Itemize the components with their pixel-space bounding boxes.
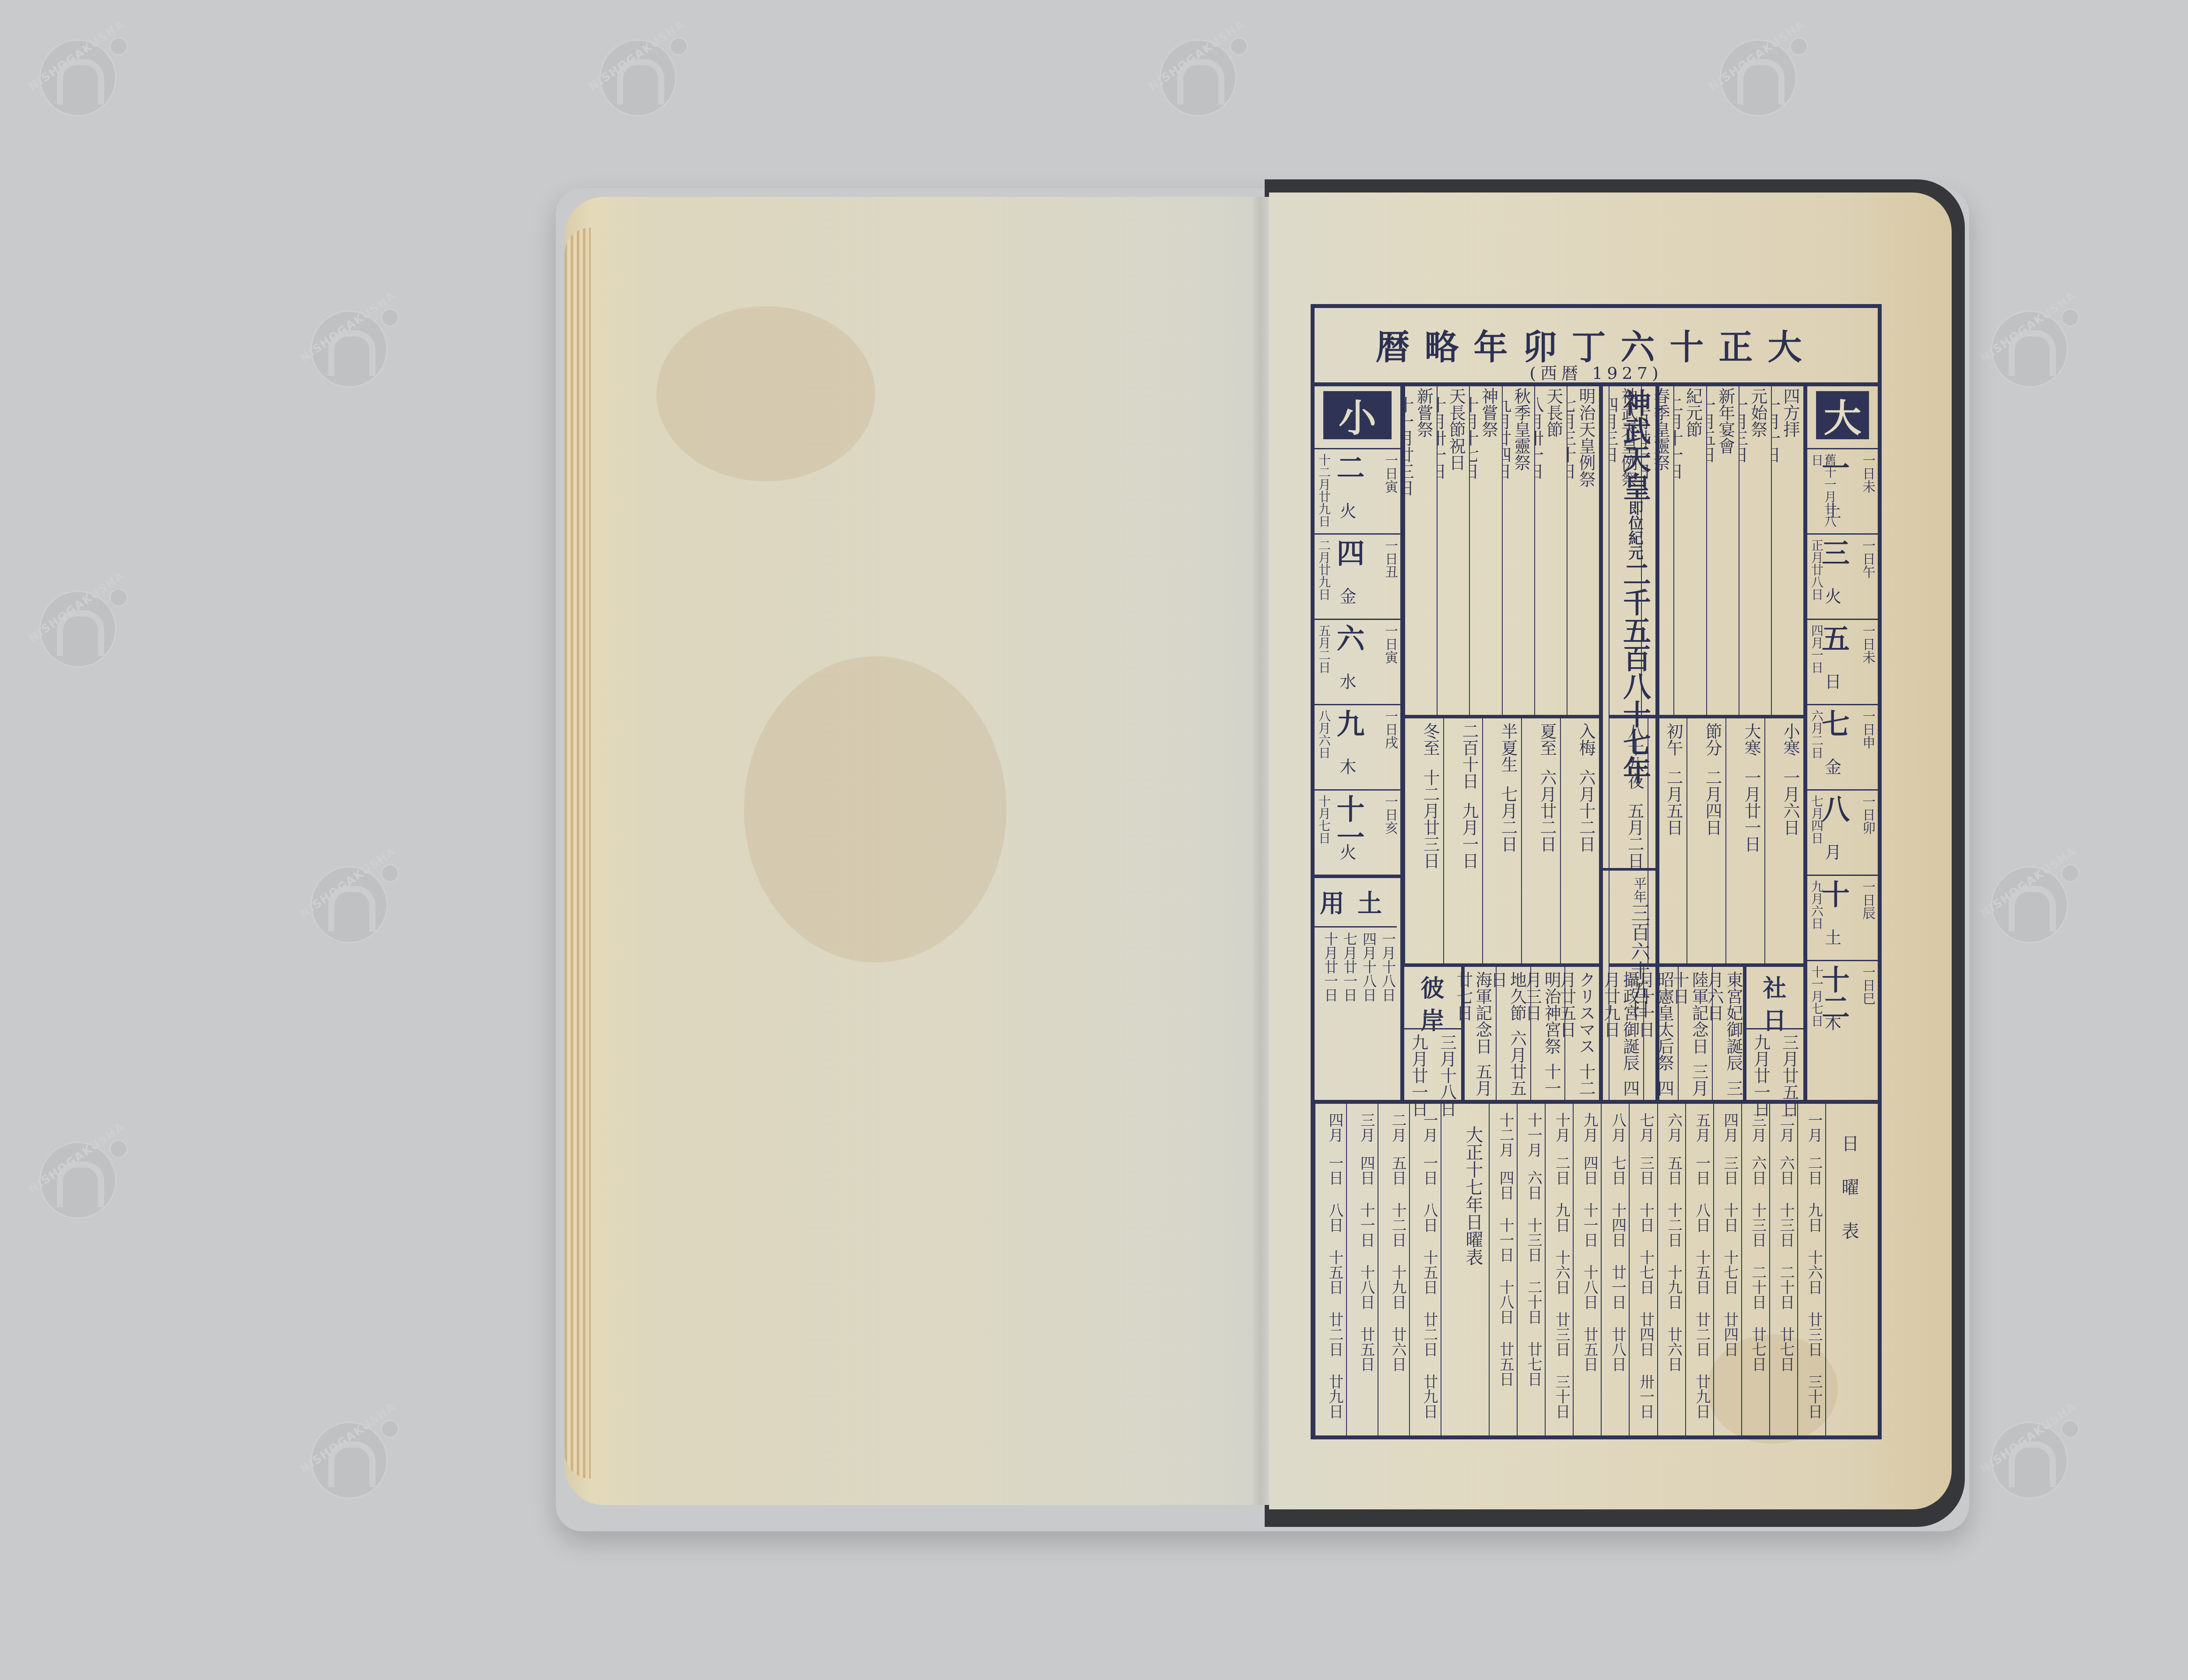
commemoration-cell: クリスマス十二月廿五日 <box>1564 967 1599 1100</box>
sunday-days: 六日 十三日 二十日 廿七日 <box>1777 1155 1795 1372</box>
holiday-name: 天長節 <box>1544 388 1563 715</box>
watermark-logo-icon: NISHOGAKUSHA <box>26 17 131 122</box>
holiday-name: 元始祭 <box>1748 388 1767 715</box>
commemoration-name: 東宮妃御誕辰 <box>1724 971 1743 1071</box>
sunday-month: 七月 <box>1637 1113 1655 1142</box>
next-year-sunday-row: 二月五日 十二日 十九日 廿六日 <box>1378 1104 1409 1435</box>
page-block-edge <box>565 227 591 1479</box>
month-weekday: 木 <box>1825 1009 1841 1033</box>
month-old-calendar: 七月四日 <box>1810 795 1823 844</box>
sunday-days: 一日 八日 十五日 廿二日 廿九日 <box>1693 1155 1711 1419</box>
section-divider <box>1404 715 1599 718</box>
month-cell: 一日卯八月七月四日 <box>1807 789 1878 876</box>
sunday-month: 九月 <box>1581 1113 1598 1142</box>
seasonal-name: 小寒 <box>1781 723 1800 756</box>
watermark-logo-icon: NISHOGAKUSHA <box>586 17 691 122</box>
seasonal-cell: 二百十日九月一日 <box>1443 718 1482 963</box>
paper-stain <box>744 656 1006 962</box>
logo-dot <box>670 37 688 56</box>
seasonal-cell: 大寒一月廿一日 <box>1725 718 1764 963</box>
month-old-calendar: 十月七日 <box>1317 795 1330 844</box>
month-old-calendar: 四月一日 <box>1810 624 1823 673</box>
logo-dot <box>109 588 128 607</box>
watermark-logo-icon: NISHOGAKUSHA <box>1978 1400 2083 1505</box>
sunday-month: 十一月 <box>1525 1113 1542 1157</box>
sunday-table: 日曜表一月二日 九日 十六日 廿三日 三十日二月六日 十三日 二十日 廿七日三月… <box>1315 1100 1878 1435</box>
seasonal-date: 一月廿一日 <box>1742 769 1761 852</box>
seasonal-name: 初午 <box>1664 723 1683 756</box>
sunday-table-title: 日曜表 <box>1825 1104 1878 1435</box>
sunday-days: 六日 十三日 二十日 廿七日 <box>1525 1170 1542 1386</box>
holiday-date: 一月三日 <box>1739 396 1748 463</box>
left-holidays-block: 明治天皇例祭七月三十日天長節八月卅一日秋季皇靈祭九月廿四日神嘗祭十月十七日天長節… <box>1404 382 1599 1100</box>
month-old-calendar: 九月六日 <box>1810 880 1823 929</box>
seasonal-cell: 冬至十二月廿三日 <box>1404 718 1443 963</box>
month-number: 六 <box>1331 625 1371 653</box>
special-day-block: 社日三月廿五日九月廿一日 <box>1743 967 1803 1100</box>
month-number: 四 <box>1331 540 1371 568</box>
seasonal-date: 二月五日 <box>1664 769 1683 836</box>
month-first-day: 一日寅 <box>1383 454 1397 493</box>
holiday-cell: 元始祭一月三日 <box>1739 382 1771 715</box>
seasonal-cell: 小寒一月六日 <box>1764 718 1803 963</box>
holiday-cell: 四方拝一月一日 <box>1771 382 1803 715</box>
seasonal-cell: 夏至六月廿二日 <box>1521 718 1560 963</box>
sunday-month: 三月 <box>1749 1113 1767 1142</box>
month-old-calendar: 正月廿八日 <box>1810 539 1823 600</box>
month-weekday: 水 <box>1340 668 1357 692</box>
era-column: 神武天皇即位紀元二千五百八十七年 平年三百六十五日 <box>1599 382 1659 1100</box>
month-weekday: 金 <box>1340 583 1357 607</box>
logo-dot <box>1790 37 1808 56</box>
month-first-day: 一日戌 <box>1383 710 1397 749</box>
logo-dot <box>381 1420 399 1438</box>
month-weekday: 火 <box>1340 497 1357 521</box>
sunday-row: 六月五日 十二日 十九日 廿六日 <box>1657 1104 1685 1435</box>
month-first-day: 一日卯 <box>1860 795 1874 834</box>
sunday-days: 一日 八日 十五日 廿二日 廿九日 <box>1326 1155 1343 1419</box>
logo-dot <box>109 37 128 56</box>
holiday-name: 神嘗祭 <box>1479 388 1498 715</box>
seasonal-date: 十二月廿三日 <box>1420 769 1440 869</box>
sunday-month: 八月 <box>1609 1113 1626 1142</box>
sunday-days: 五日 十二日 十九日 廿六日 <box>1665 1155 1683 1372</box>
seasonal-name: 半夏生 <box>1498 723 1518 773</box>
holiday-cell: 新嘗祭十一月廿三日 <box>1404 382 1437 715</box>
sunday-month: 一月 <box>1805 1113 1823 1142</box>
next-year-sunday-row: 一月一日 八日 十五日 廿二日 廿九日 <box>1409 1104 1441 1435</box>
month-cell: 一日丑四金二月廿九日 <box>1315 533 1400 620</box>
holiday-name: 四方拝 <box>1781 388 1800 715</box>
seasonal-name: 入梅 <box>1576 723 1595 756</box>
seasonal-date: 七月二日 <box>1498 786 1518 852</box>
doyo-section: 土用一月十八日四月十八日七月廿一日十月廿一日 <box>1315 875 1400 1100</box>
holiday-date: 八月卅一日 <box>1534 396 1544 479</box>
logo-dot <box>381 864 399 882</box>
month-weekday: 火 <box>1340 839 1357 863</box>
era-year-value: 二千五百八十七年 <box>1618 560 1651 784</box>
next-year-sunday-title: 大正十七年日曜表 <box>1441 1104 1489 1435</box>
holiday-name: 明治天皇例祭 <box>1576 388 1595 715</box>
holiday-date: 十一月廿三日 <box>1404 396 1414 496</box>
holiday-date: 一月五日 <box>1706 396 1716 463</box>
sunday-row: 二月六日 十三日 二十日 廿七日 <box>1769 1104 1797 1435</box>
month-cell: 一日午三火正月廿八日 <box>1807 533 1878 620</box>
holiday-date: 二月十一日 <box>1673 396 1683 479</box>
short-months-column: 小 一日寅二火十二月廿九日一日丑四金二月廿九日一日寅六水五月二日一日戌九木八月六… <box>1315 382 1404 1100</box>
sunday-month: 二月 <box>1389 1113 1406 1142</box>
holiday-cell: 天長節祝日十月卅一日 <box>1437 382 1469 715</box>
sunday-month: 一月 <box>1420 1113 1438 1142</box>
sunday-month: 五月 <box>1693 1113 1711 1142</box>
doyo-date: 一月十八日 <box>1379 932 1397 1002</box>
sunday-days: 四日 十一日 十八日 廿五日 <box>1357 1155 1375 1372</box>
watermark-logo-icon: NISHOGAKUSHA <box>1147 17 1252 122</box>
section-divider <box>1404 963 1599 967</box>
commemoration-name: クリスマス <box>1576 971 1595 1054</box>
month-first-day: 一日未 <box>1860 624 1874 664</box>
month-cell: 一日亥十一火十月七日 <box>1315 789 1400 876</box>
sunday-month: 六月 <box>1665 1113 1683 1142</box>
seasonal-name: 夏至 <box>1537 723 1557 756</box>
logo-dot <box>109 1140 128 1158</box>
logo-dot <box>2061 1420 2079 1438</box>
sunday-month: 四月 <box>1326 1113 1343 1142</box>
holiday-date: 九月廿四日 <box>1502 396 1511 479</box>
logo-dot <box>2061 864 2079 882</box>
month-number: 二 <box>1331 455 1371 483</box>
holiday-cell: 新年宴會一月五日 <box>1706 382 1739 715</box>
month-first-day: 一日丑 <box>1383 539 1397 578</box>
sunday-days: 三日 十日 十七日 廿四日 卅一日 <box>1637 1155 1655 1419</box>
month-cell: 一日巳十二木十一月七日 <box>1807 960 1878 1046</box>
month-weekday: 土 <box>1825 924 1841 948</box>
month-old-calendar: 十一月七日 <box>1810 966 1823 1027</box>
holiday-cell: 明治天皇例祭七月三十日 <box>1567 382 1599 715</box>
month-cell: 一日未一土舊十一月廿八日 <box>1807 448 1878 535</box>
calendar-header: 大正十六丁卯年略暦 (西暦 1927) <box>1315 308 1878 386</box>
sunday-month: 十二月 <box>1497 1113 1514 1157</box>
month-old-calendar: 六月二日 <box>1810 710 1823 759</box>
watermark-logo-icon: NISHOGAKUSHA <box>1978 289 2083 394</box>
sunday-row: 一月二日 九日 十六日 廿三日 三十日 <box>1797 1104 1825 1435</box>
calendar-subtitle: (西暦 1927) <box>1315 360 1878 384</box>
sunday-month: 十月 <box>1553 1113 1570 1142</box>
holiday-name: 天長節祝日 <box>1446 388 1466 715</box>
holiday-date: 七月三十日 <box>1567 396 1576 479</box>
seasonal-date: 六月廿二日 <box>1537 769 1557 852</box>
seasonal-name: 二百十日 <box>1459 723 1479 789</box>
month-weekday: 火 <box>1825 583 1841 607</box>
commemoration-cell: 陸軍記念日三月十日 <box>1678 967 1712 1100</box>
month-weekday: 日 <box>1825 668 1841 692</box>
seasonal-name: 大寒 <box>1742 723 1761 756</box>
sunday-row: 九月四日 十一日 十八日 廿五日 <box>1573 1104 1601 1435</box>
days-in-year: 平年三百六十五日 <box>1627 877 1649 1018</box>
sunday-days: 二日 九日 十六日 廿三日 三十日 <box>1805 1155 1823 1419</box>
sunday-row: 十一月六日 十三日 二十日 廿七日 <box>1517 1104 1545 1435</box>
doyo-label: 土用 <box>1315 884 1400 919</box>
month-old-calendar: 十二月廿九日 <box>1317 454 1330 527</box>
sunday-days: 四日 十一日 十八日 廿五日 <box>1497 1170 1514 1386</box>
watermark-logo-icon: NISHOGAKUSHA <box>26 1120 131 1225</box>
holiday-name: 新嘗祭 <box>1414 388 1433 715</box>
month-cell: 一日戌九木八月六日 <box>1315 704 1400 791</box>
month-first-day: 一日寅 <box>1383 624 1397 664</box>
seasonal-cell: 節分二月四日 <box>1687 718 1725 963</box>
sunday-row: 四月三日 十日 十七日 廿四日 <box>1713 1104 1741 1435</box>
sunday-days: 一日 八日 十五日 廿二日 廿九日 <box>1420 1155 1438 1419</box>
month-cell: 一日寅二火十二月廿九日 <box>1315 448 1400 535</box>
sunday-days: 二日 九日 十六日 廿三日 三十日 <box>1553 1155 1570 1419</box>
doyo-date: 七月廿一日 <box>1341 932 1358 1002</box>
month-weekday: 木 <box>1340 753 1357 777</box>
seasonal-date: 六月十二日 <box>1576 769 1595 852</box>
seasonal-date: 九月一日 <box>1459 802 1479 869</box>
watermark-logo-icon: NISHOGAKUSHA <box>1707 17 1812 122</box>
watermark-logo-icon: NISHOGAKUSHA <box>26 569 131 674</box>
era-emperor: 神武天皇 <box>1618 388 1651 500</box>
next-year-sunday-row: 四月一日 八日 十五日 廿二日 廿九日 <box>1315 1104 1346 1435</box>
month-weekday: 金 <box>1825 753 1841 777</box>
month-cell: 一日未五日四月一日 <box>1807 619 1878 705</box>
long-months-column: 大 一日未一土舊十一月廿八日一日午三火正月廿八日一日未五日四月一日一日申七金六月… <box>1803 382 1878 1100</box>
sunday-row: 十月二日 九日 十六日 廿三日 三十日 <box>1545 1104 1573 1435</box>
doyo-dates: 一月十八日四月十八日七月廿一日十月廿一日 <box>1315 926 1397 1002</box>
logo-dot <box>2061 308 2079 327</box>
month-weekday: 月 <box>1825 839 1841 863</box>
sunday-days: 三日 十日 十七日 廿四日 <box>1721 1155 1739 1357</box>
doyo-date: 十月廿一日 <box>1322 932 1339 1002</box>
sunday-month: 四月 <box>1721 1113 1739 1142</box>
seasonal-name: 冬至 <box>1420 723 1440 756</box>
seasonal-name: 節分 <box>1703 723 1722 756</box>
watermark-logo-icon: NISHOGAKUSHA <box>298 844 403 949</box>
month-old-calendar: 八月六日 <box>1317 710 1330 759</box>
sunday-days: 六日 十三日 二十日 廿七日 <box>1749 1155 1767 1372</box>
month-old-calendar: 五月二日 <box>1317 624 1330 673</box>
next-year-sunday-row: 三月四日 十一日 十八日 廿五日 <box>1346 1104 1378 1435</box>
doyo-date: 四月十八日 <box>1360 932 1378 1002</box>
seasonal-date: 二月四日 <box>1703 769 1722 836</box>
holiday-cell: 紀元節二月十一日 <box>1673 382 1706 715</box>
sunday-days: 四日 十一日 十八日 廿五日 <box>1581 1155 1598 1372</box>
seasonal-date: 一月六日 <box>1781 769 1800 836</box>
long-month-badge: 大 <box>1816 391 1869 439</box>
month-first-day: 一日未 <box>1860 454 1874 493</box>
month-first-day: 一日申 <box>1860 710 1874 749</box>
watermark-logo-icon: NISHOGAKUSHA <box>298 1400 403 1505</box>
month-first-day: 一日巳 <box>1860 966 1874 1005</box>
sunday-days: 五日 十二日 十九日 廿六日 <box>1389 1155 1406 1372</box>
watermark-logo-icon: NISHOGAKUSHA <box>1978 844 2083 949</box>
sunday-row: 三月六日 十三日 二十日 廿七日 <box>1741 1104 1769 1435</box>
holiday-date: 十月卅一日 <box>1437 396 1446 479</box>
month-old-calendar: 舊十一月廿八日 <box>1810 454 1836 535</box>
seasonal-cell: 半夏生七月二日 <box>1482 718 1521 963</box>
holiday-name: 秋季皇靈祭 <box>1511 388 1531 715</box>
month-first-day: 一日亥 <box>1383 795 1397 834</box>
paper-stain <box>656 306 875 481</box>
month-first-day: 一日午 <box>1860 539 1874 578</box>
month-cell: 一日申七金六月二日 <box>1807 704 1878 791</box>
seasonal-cell: 入梅六月十二日 <box>1560 718 1599 963</box>
era-label: 即位紀元 <box>1626 500 1643 560</box>
holiday-name: 新年宴會 <box>1716 388 1735 715</box>
era-year: 神武天皇即位紀元二千五百八十七年 <box>1620 388 1649 861</box>
book-gutter <box>1252 197 1269 1505</box>
almanac-calendar: 大正十六丁卯年略暦 (西暦 1927) 大 一日未一土舊十一月廿八日一日午三火正… <box>1311 304 1882 1439</box>
month-first-day: 一日辰 <box>1860 880 1874 920</box>
sunday-row: 五月一日 八日 十五日 廿二日 廿九日 <box>1685 1104 1713 1435</box>
holiday-cell: 神嘗祭十月十七日 <box>1469 382 1501 715</box>
sunday-row: 十二月四日 十一日 十八日 廿五日 <box>1489 1104 1517 1435</box>
sunday-month: 三月 <box>1357 1113 1375 1142</box>
commemoration-name: 陸軍記念日 <box>1689 971 1708 1054</box>
logo-dot <box>381 308 399 327</box>
watermark-logo-icon: NISHOGAKUSHA <box>298 289 403 394</box>
month-cell: 一日寅六水五月二日 <box>1315 619 1400 705</box>
sunday-days: 七日 十四日 廿一日 廿八日 <box>1609 1155 1626 1372</box>
calendar-main-grid: 大 一日未一土舊十一月廿八日一日午三火正月廿八日一日未五日四月一日一日申七金六月… <box>1315 382 1878 1100</box>
month-number: 九 <box>1331 710 1371 738</box>
commemoration-cell: 東宮妃御誕辰三月六日 <box>1712 967 1746 1100</box>
sunday-row: 七月三日 十日 十七日 廿四日 卅一日 <box>1629 1104 1657 1435</box>
holiday-date: 一月一日 <box>1771 396 1781 463</box>
month-old-calendar: 二月廿九日 <box>1317 539 1330 600</box>
short-month-badge: 小 <box>1323 391 1392 439</box>
holiday-cell: 秋季皇靈祭九月廿四日 <box>1502 382 1534 715</box>
logo-dot <box>1230 37 1248 56</box>
sunday-row: 八月七日 十四日 廿一日 廿八日 <box>1601 1104 1629 1435</box>
holiday-date: 十月十七日 <box>1469 396 1479 479</box>
holiday-cell: 天長節八月卅一日 <box>1534 382 1567 715</box>
month-cell: 一日辰十土九月六日 <box>1807 875 1878 961</box>
sunday-month: 二月 <box>1777 1113 1795 1142</box>
holiday-name: 紀元節 <box>1683 388 1703 715</box>
